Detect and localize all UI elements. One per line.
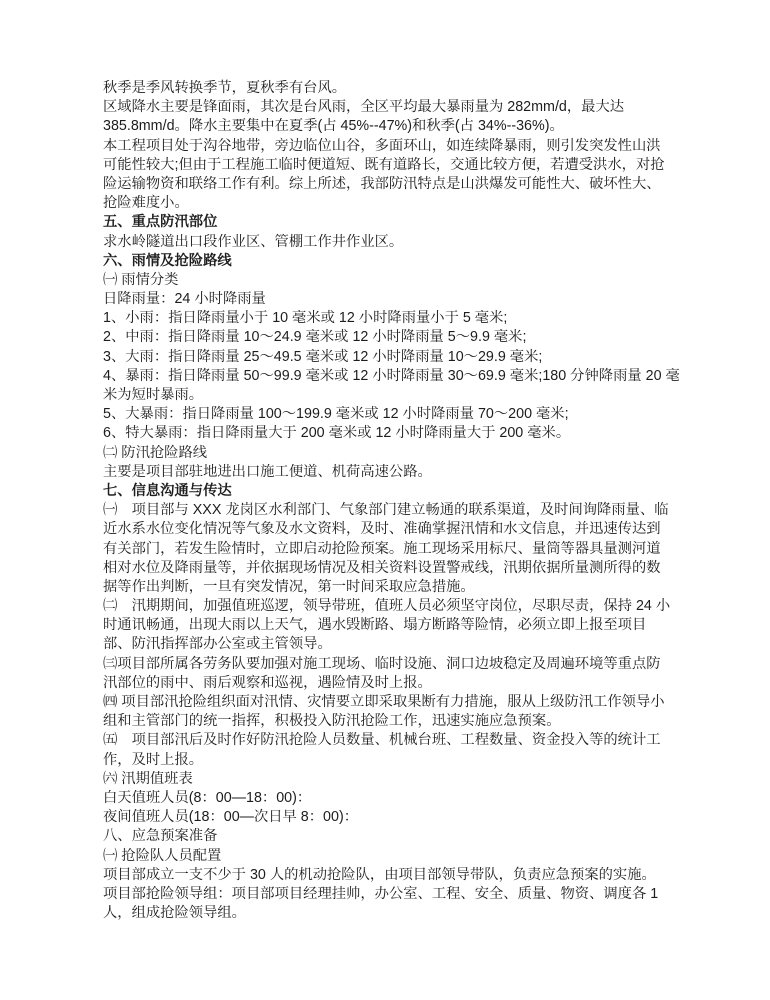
document-line: 抢险难度小。: [103, 194, 673, 213]
document-line: 1、小雨：指日降雨量小于 10 毫米或 12 小时降雨量小于 5 毫米;: [103, 309, 673, 328]
document-line: 组和主管部门的统一指挥，积极投入防汛抢险工作，迅速实施应急预案。: [103, 712, 673, 731]
document-line: ㈢项目部所属各劳务队要加强对施工现场、临时设施、洞口边坡稳定及周遍环境等重点防: [103, 655, 673, 674]
document-line: 3、大雨：指日降雨量 25～49.5 毫米或 12 小时降雨量 10～29.9 …: [103, 348, 673, 367]
document-line: 4、暴雨：指日降雨量 50～99.9 毫米或 12 小时降雨量 30～69.9 …: [103, 367, 673, 386]
document-line: ㈠ 项目部与 XXX 龙岗区水利部门、气象部门建立畅通的联系渠道，及时间询降雨量…: [103, 501, 673, 520]
document-line: 汛部位的雨中、雨后观察和巡视，遇险情及时上报。: [103, 674, 673, 693]
document-line: 秋季是季风转换季节，夏秋季有台风。: [103, 79, 673, 98]
document-line: 人，组成抢险领导组。: [103, 904, 673, 923]
document-body: 秋季是季风转换季节，夏秋季有台风。区域降水主要是锋面雨，其次是台风雨，全区平均最…: [103, 79, 673, 923]
document-page: 秋季是季风转换季节，夏秋季有台风。区域降水主要是锋面雨，其次是台风雨，全区平均最…: [0, 0, 770, 1000]
document-line: 项目部成立一支不少于 30 人的机动抢险队，由项目部领导带队，负责应急预案的实施…: [103, 866, 673, 885]
document-line: 项目部抢险领导组：项目部项目经理挂帅，办公室、工程、安全、质量、物资、调度各 1: [103, 885, 673, 904]
document-line: 据等作出判断，一旦有突发情况，第一时间采取应急措施。: [103, 578, 673, 597]
document-line: ㈥ 汛期值班表: [103, 770, 673, 789]
document-line: 2、中雨：指日降雨量 10～24.9 毫米或 12 小时降雨量 5～9.9 毫米…: [103, 328, 673, 347]
document-line: 日降雨量：24 小时降雨量: [103, 290, 673, 309]
section-heading: 七、信息沟通与传达: [103, 482, 673, 501]
document-line: 相对水位及降雨量等，并依据现场情况及相关资料设置警戒线，汛期依据所量测所得的数: [103, 559, 673, 578]
document-line: ㈤ 项目部汛后及时作好防汛抢险人员数量、机械台班、工程数量、资金投入等的统计工: [103, 731, 673, 750]
document-line: 时通讯畅通，出现大雨以上天气，遇水毁断路、塌方断路等险情，必须立即上报至项目: [103, 616, 673, 635]
document-line: 6、特大暴雨：指日降雨量大于 200 毫米或 12 小时降雨量大于 200 毫米…: [103, 424, 673, 443]
document-line: 5、大暴雨：指日降雨量 100～199.9 毫米或 12 小时降雨量 70～20…: [103, 405, 673, 424]
document-line: 主要是项目部驻地进出口施工便道、机荷高速公路。: [103, 463, 673, 482]
document-line: 部、防汛指挥部办公室或主管领导。: [103, 635, 673, 654]
document-line: 白天值班人员(8：00—18：00)：: [103, 789, 673, 808]
document-line: 区域降水主要是锋面雨，其次是台风雨，全区平均最大暴雨量为 282mm/d，最大达: [103, 98, 673, 117]
document-line: 险运输物资和联络工作有利。综上所述，我部防汛特点是山洪爆发可能性大、破坏性大、: [103, 175, 673, 194]
document-line: 近水系水位变化情况等气象及水文资料，及时、准确掌握汛情和水文信息，并迅速传达到: [103, 520, 673, 539]
document-line: 作，及时上报。: [103, 751, 673, 770]
document-line: 385.8mm/d。降水主要集中在夏季(占 45%--47%)和秋季(占 34%…: [103, 117, 673, 136]
document-line: ㈠ 雨情分类: [103, 271, 673, 290]
section-heading: 五、重点防汛部位: [103, 213, 673, 232]
document-line: ㈣ 项目部汛抢险组织面对汛情、灾情要立即采取果断有力措施，服从上级防汛工作领导小: [103, 693, 673, 712]
document-line: 米为短时暴雨。: [103, 386, 673, 405]
document-line: 夜间值班人员(18：00—次日早 8：00)：: [103, 808, 673, 827]
document-line: ㈡ 防汛抢险路线: [103, 444, 673, 463]
document-line: 求水岭隧道出口段作业区、管棚工作井作业区。: [103, 233, 673, 252]
document-line: 有关部门，若发生险情时，立即启动抢险预案。施工现场采用标尺、量筒等器具量测河道: [103, 540, 673, 559]
document-line: 本工程项目处于沟谷地带，旁边临位山谷，多面环山，如连续降暴雨，则引发突发性山洪: [103, 137, 673, 156]
document-line: ㈡ 汛期期间，加强值班巡逻，领导带班，值班人员必须坚守岗位，尽职尽责，保持 24…: [103, 597, 673, 616]
document-line: 可能性较大;但由于工程施工临时便道短、既有道路长，交通比较方便，若遭受洪水，对抢: [103, 156, 673, 175]
document-line: 八、应急预案准备: [103, 827, 673, 846]
document-line: ㈠ 抢险队人员配置: [103, 847, 673, 866]
section-heading: 六、雨情及抢险路线: [103, 252, 673, 271]
